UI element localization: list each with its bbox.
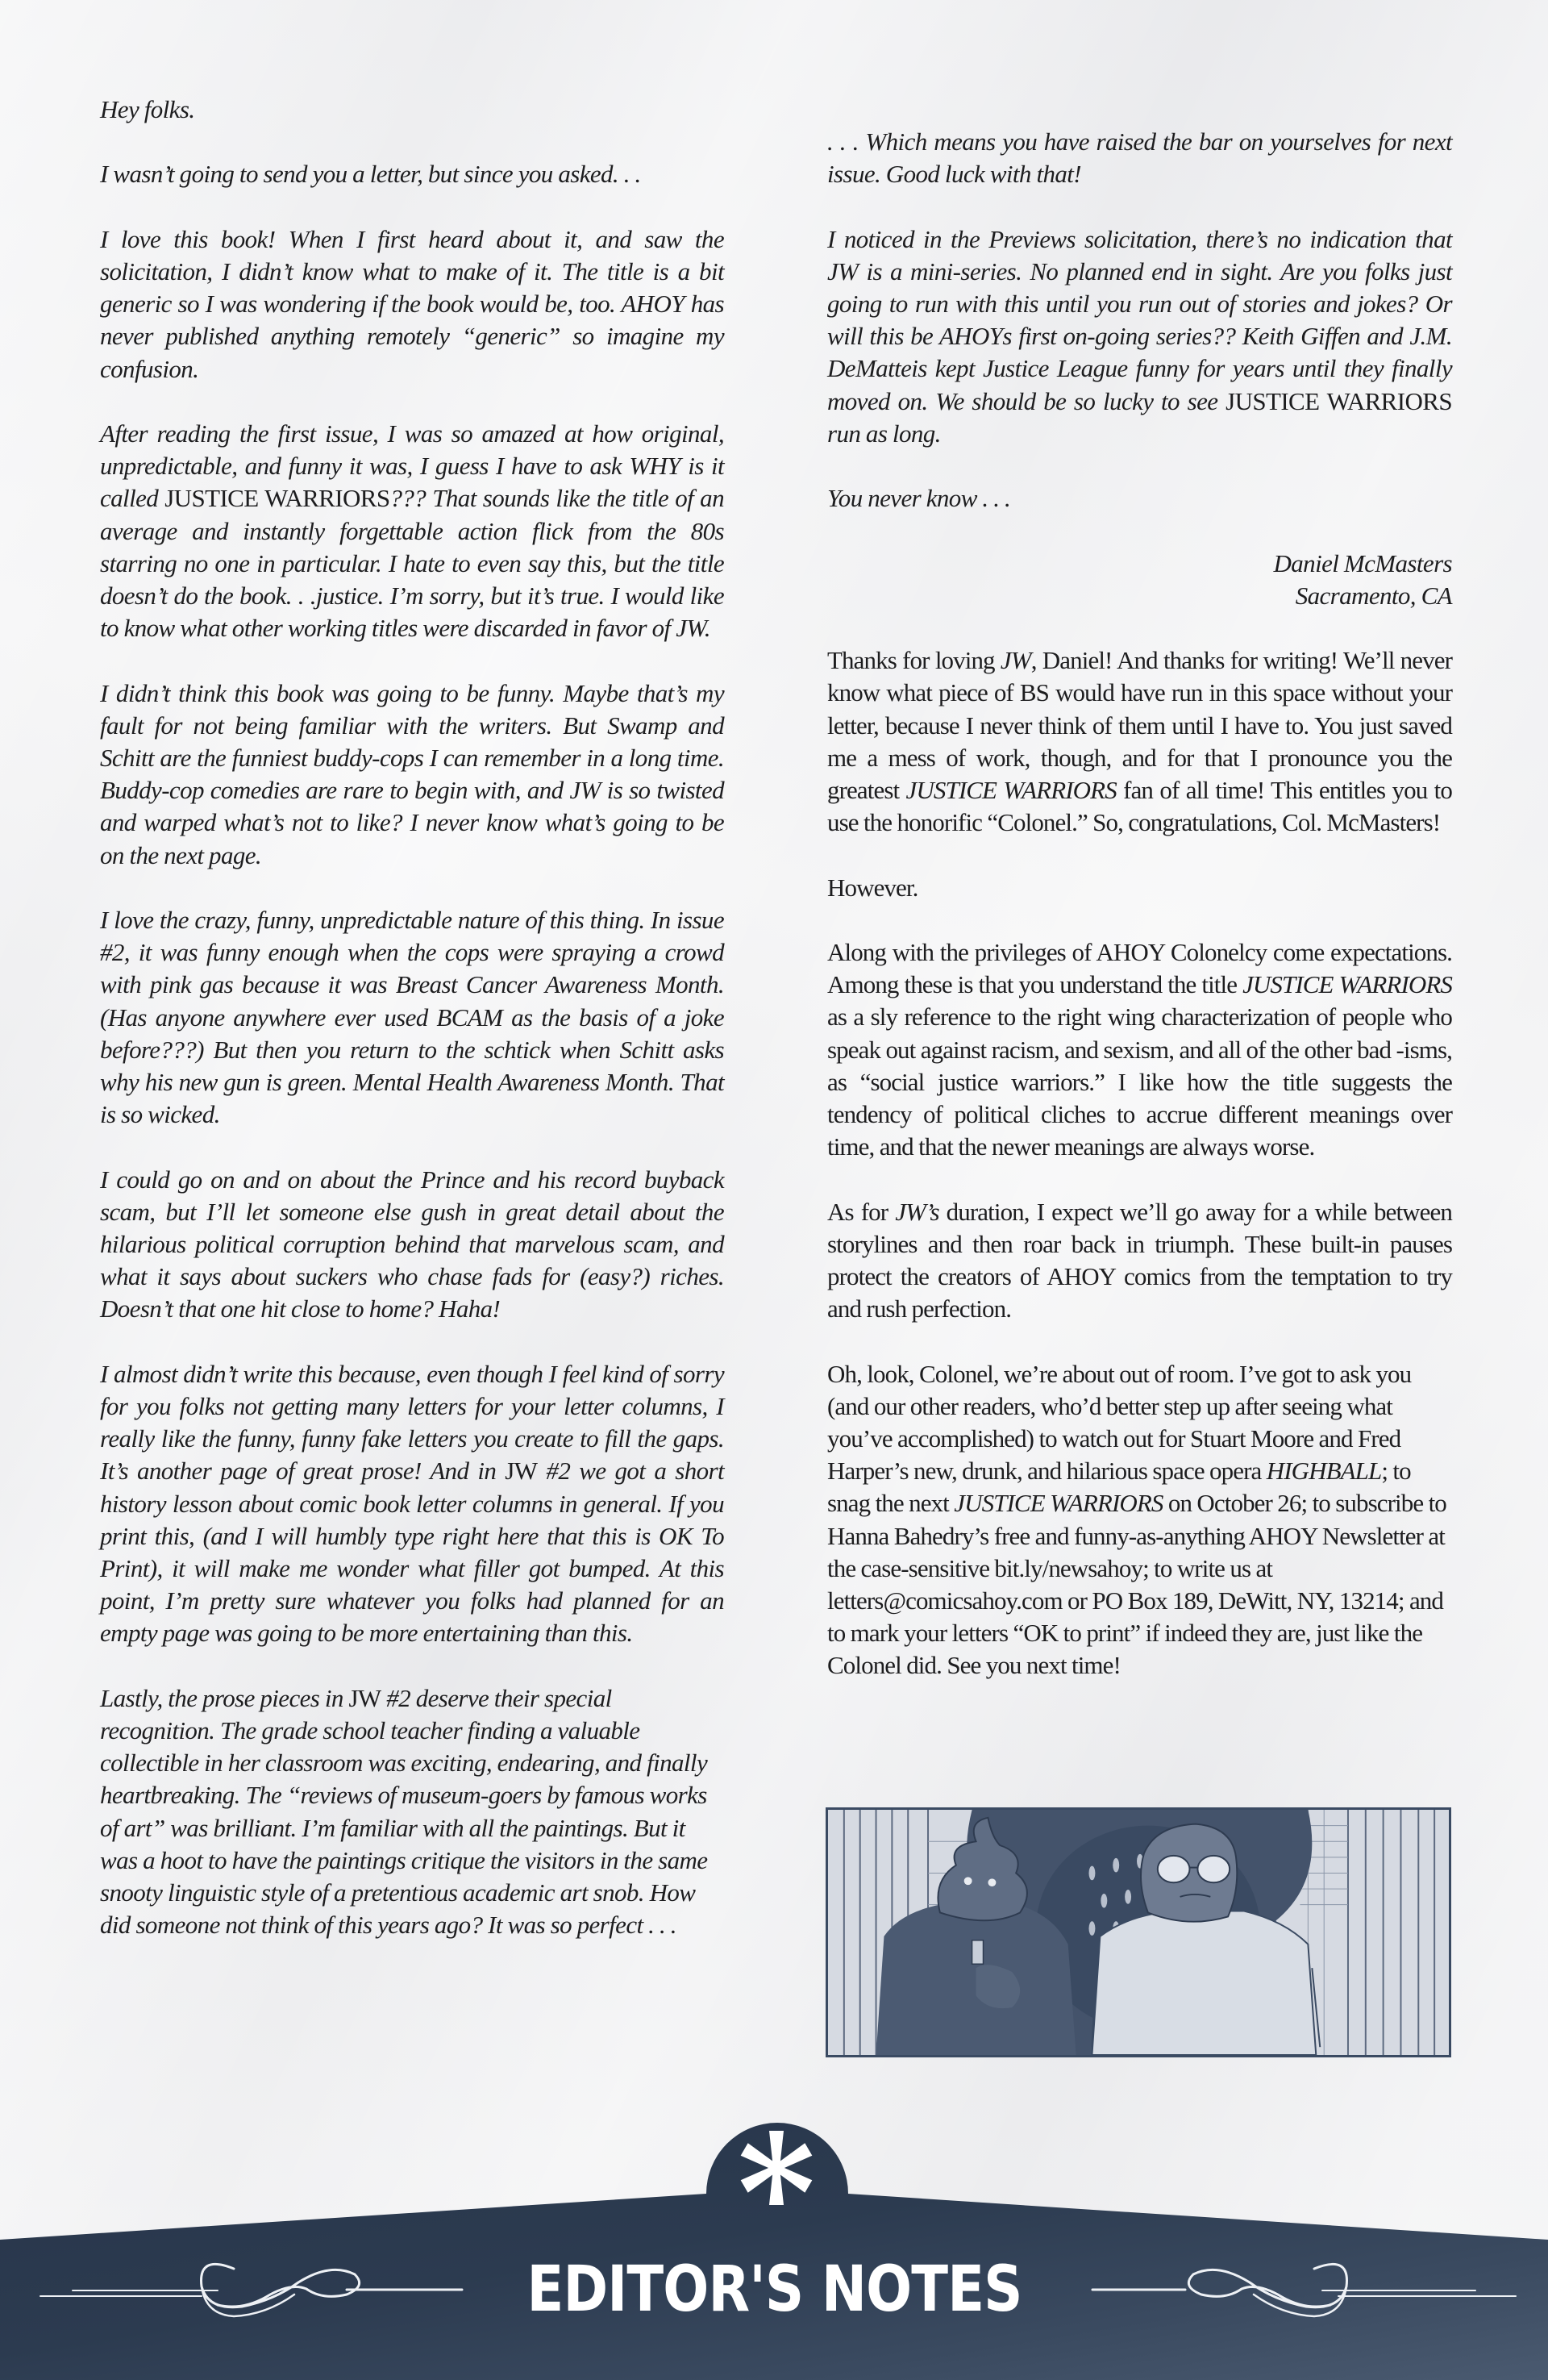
emphasized-title: HIGHBALL [1267,1457,1382,1485]
letter-column-right: . . . Which means you have raised the ba… [827,126,1452,1715]
emphasized-title: JW’s [895,1198,938,1226]
letter-paragraph: I love this book! When I first heard abo… [100,223,724,386]
banner-shape [0,2113,1548,2380]
letter-paragraph: After reading the first issue, I was so … [100,418,724,644]
reply-paragraph: However. [827,872,1452,904]
emphasized-title: JUSTICE WARRIORS [906,776,1117,804]
emphasized-title: JUSTICE WARRIORS [164,484,389,512]
reply-paragraph: Along with the privileges of AHOY Colone… [827,936,1452,1163]
emphasized-title: JUSTICE WARRIORS [1242,970,1452,998]
signature-location: Sacramento, CA [827,580,1452,612]
editors-notes-banner [0,2113,1548,2380]
reply-paragraph: As for JW’s duration, I expect we’ll go … [827,1196,1452,1326]
reply-paragraph: Thanks for loving JW, Daniel! And thanks… [827,644,1452,839]
letter-paragraph: I noticed in the Previews solicitation, … [827,223,1452,450]
letter-paragraph: I wasn’t going to send you a letter, but… [100,158,724,190]
comic-panel-art [828,1810,1449,2055]
emphasized-title: JW [1001,646,1031,674]
letter-column-left: Hey folks. I wasn’t going to send you a … [100,94,724,1974]
editor-reply: Thanks for loving JW, Daniel! And thanks… [827,644,1452,1682]
letter-continuation: . . . Which means you have raised the ba… [827,126,1452,612]
emphasized-title: JW [505,1457,537,1485]
emphasized-title: JW [348,1684,381,1712]
letter-paragraph: I love the crazy, funny, unpredictable n… [100,904,724,1131]
emphasized-title: JUSTICE WARRIORS [954,1489,1163,1517]
letter-greeting: Hey folks. [100,94,724,126]
reply-paragraph: Oh, look, Colonel, we’re about out of ro… [827,1358,1452,1682]
section-title: EDITOR'S NOTES [109,2258,1440,2321]
letter-paragraph: . . . Which means you have raised the ba… [827,126,1452,190]
comic-panel-illustration [826,1807,1451,2057]
letter-paragraph: I could go on and on about the Prince an… [100,1164,724,1326]
letter-signature: Daniel McMasters Sacramento, CA [827,548,1452,612]
letter-paragraph: Lastly, the prose pieces in JW #2 deserv… [100,1682,724,1942]
letter-paragraph: I didn’t think this book was going to be… [100,677,724,872]
signature-name: Daniel McMasters [827,548,1452,580]
letter-paragraph: I almost didn’t write this because, even… [100,1358,724,1650]
emphasized-title: JUSTICE WARRIORS [1225,387,1452,415]
letter-closing: You never know . . . [827,482,1452,515]
